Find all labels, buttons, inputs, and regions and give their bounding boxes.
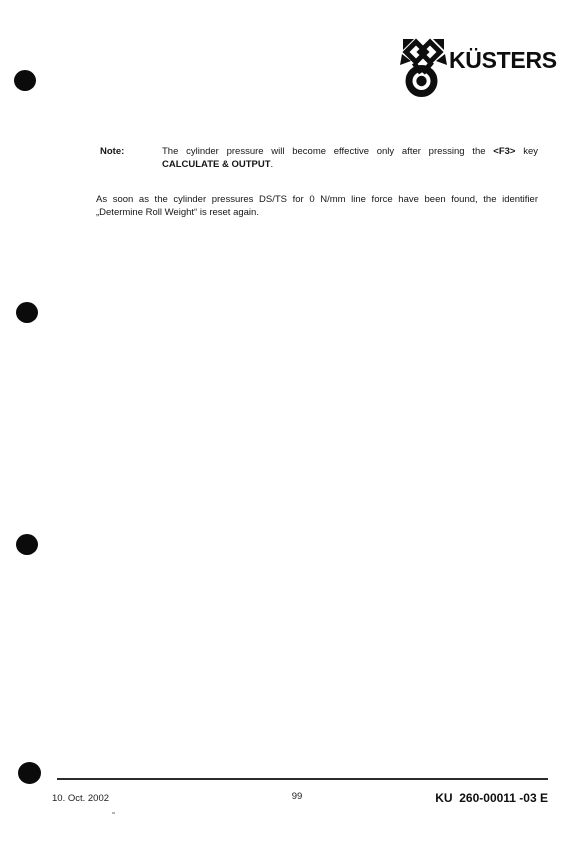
footer-date: 10. Oct. 2002 [52,793,109,804]
body-line-1: As soon as the cylinder pressures DS/TS … [96,193,538,206]
scan-artifact [112,812,115,814]
calculate-output-label: CALCULATE & OUTPUT [162,159,271,170]
body-line-2: „Determine Roll Weight“ is reset again. [96,206,538,219]
document-number: KU 260-00011 -03 E [435,791,548,805]
brand-name: KÜSTERS [449,47,557,75]
note-f3-key: <F3> [493,146,515,157]
footer-divider [57,778,548,780]
note-label: Note: [100,145,124,158]
note-line-1: The cylinder pressure will become effect… [162,145,538,158]
note-line1-post: key [523,146,538,157]
document-page: KÜSTERS Note: The cylinder pressure will… [0,0,582,850]
punch-hole-mark [16,302,38,323]
page-number: 99 [282,791,312,802]
kusters-knot-icon [399,37,448,98]
note-line1-pre: The cylinder pressure will become effect… [162,146,486,157]
note-line-2: CALCULATE & OUTPUT. [162,158,538,171]
punch-hole-mark [16,534,38,555]
note-text: The cylinder pressure will become effect… [162,145,538,171]
kusters-logo: KÜSTERS [399,37,557,98]
body-paragraph: As soon as the cylinder pressures DS/TS … [96,193,538,219]
punch-hole-mark [14,70,36,91]
punch-hole-mark [18,762,41,784]
